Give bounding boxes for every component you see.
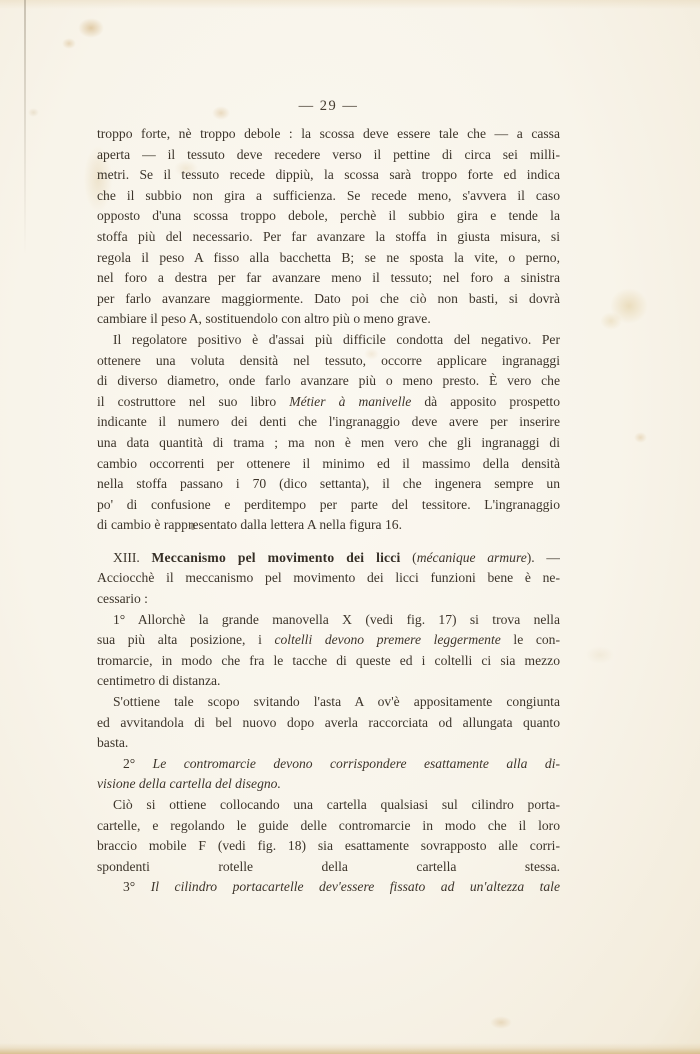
text-line: stoffa più del necessario. Per far avanz…	[97, 227, 560, 248]
text-segment: di diverso diametro, onde farlo avanzare…	[97, 373, 560, 388]
text-segment: 2°	[123, 756, 153, 771]
text-segment: 3°	[123, 879, 151, 894]
page-edge-crease	[24, 0, 26, 255]
text-line: ed avvitandola di bel nuovo dopo averla …	[97, 713, 560, 734]
paper-stain	[586, 646, 614, 664]
text-segment: il costruttore nel suo libro	[97, 394, 289, 409]
text-line: spondenti rotelle della cartella stessa.	[97, 857, 560, 878]
text-line: il costruttore nel suo libro Métier à ma…	[97, 392, 560, 413]
text-segment: nel foro a destra per far avanzare meno …	[97, 270, 560, 285]
text-line: S'ottiene tale scopo svitando l'asta A o…	[97, 692, 560, 713]
paper-stain	[610, 288, 648, 324]
text-segment: ed avvitandola di bel nuovo dopo averla …	[97, 715, 560, 730]
text-line: po' di confusione e perditempo per parte…	[97, 495, 560, 516]
text-line: metri. Se il tessuto recede dippiù, la s…	[97, 165, 560, 186]
text-segment: Il regolatore positivo è d'assai più dif…	[113, 332, 560, 347]
text-segment: opposto d'una scossa troppo debole, perc…	[97, 208, 560, 223]
paper-stain	[634, 432, 647, 443]
text-line: cambio occorrenti per ottenere il minimo…	[97, 454, 560, 475]
page-bottom-edge	[0, 1043, 700, 1054]
text-segment: 1° Allorchè la grande manovella X (vedi …	[113, 612, 560, 627]
text-segment: Acciocchè il meccanismo pel movimento de…	[97, 570, 560, 585]
italic-text: coltelli devono premere leggermente	[274, 632, 500, 647]
text-segment: dà apposito prospetto	[411, 394, 560, 409]
text-segment: XIII.	[113, 550, 151, 565]
page-text: troppo forte, nè troppo debole : la scos…	[97, 124, 560, 898]
text-line: cartelle, e regolando le guide delle con…	[97, 816, 560, 837]
text-line: cambiare il peso A, sostituendolo con al…	[97, 309, 560, 330]
text-segment: basta.	[97, 735, 128, 750]
text-segment: Ciò si ottiene collocando una cartella q…	[113, 797, 560, 812]
text-segment: regola il peso A fisso alla bacchetta B;…	[97, 250, 560, 265]
text-line: basta.	[97, 733, 560, 754]
text-segment: cambio occorrenti per ottenere il minimo…	[97, 456, 560, 471]
text-line: ottenere una voluta densità nel tessuto,…	[97, 351, 560, 372]
text-segment: troppo forte, nè troppo debole : la scos…	[97, 126, 560, 141]
para-item-2: 2° Le contromarcie devono corrispondere …	[97, 754, 560, 795]
text-segment: ). —	[527, 550, 560, 565]
text-segment: indicante il numero dei denti che l'ingr…	[97, 414, 560, 429]
text-line: 3° Il cilindro portacartelle dev'essere …	[97, 877, 560, 898]
text-segment: aperta — il tessuto deve recedere verso …	[97, 147, 560, 162]
bold-text: Meccanismo pel movimento dei licci	[151, 550, 400, 565]
text-segment: (	[401, 550, 417, 565]
text-line: troppo forte, nè troppo debole : la scos…	[97, 124, 560, 145]
text-segment: cessario :	[97, 591, 148, 606]
text-line: sua più alta posizione, i coltelli devon…	[97, 630, 560, 651]
text-line: visione della cartella del disegno.	[97, 774, 560, 795]
text-segment: spondenti rotelle della cartella stessa.	[97, 859, 560, 874]
text-line: di diverso diametro, onde farlo avanzare…	[97, 371, 560, 392]
text-segment: stoffa più del necessario. Per far avanz…	[97, 229, 560, 244]
text-segment: po' di confusione e perditempo per parte…	[97, 497, 560, 512]
text-line: braccio mobile F (vedi fig. 18) sia esat…	[97, 836, 560, 857]
text-line: Il regolatore positivo è d'assai più dif…	[97, 330, 560, 351]
text-segment: che il subbio non gira a sufficienza. Se…	[97, 188, 560, 203]
para-positive-regulator: Il regolatore positivo è d'assai più dif…	[97, 330, 560, 536]
text-segment: le con-	[501, 632, 560, 647]
book-page: — 29 — troppo forte, nè troppo debole : …	[0, 0, 700, 1054]
para-item-1: 1° Allorchè la grande manovella X (vedi …	[97, 610, 560, 692]
text-line: 1° Allorchè la grande manovella X (vedi …	[97, 610, 560, 631]
text-line: indicante il numero dei denti che l'ingr…	[97, 412, 560, 433]
para-item-3: 3° Il cilindro portacartelle dev'essere …	[97, 877, 560, 898]
paper-stain	[28, 108, 39, 117]
page-number: — 29 —	[97, 98, 560, 115]
paper-stain	[62, 38, 76, 49]
text-segment: sua più alta posizione, i	[97, 632, 274, 647]
italic-text: mécanique armure	[417, 550, 527, 565]
text-segment: una data quantità di trama ; ma non è me…	[97, 435, 560, 450]
paper-stain	[600, 312, 622, 330]
italic-text: Métier à manivelle	[289, 394, 411, 409]
text-line: nella stoffa passano i 70 (dico settanta…	[97, 474, 560, 495]
text-line: cessario :	[97, 589, 560, 610]
paper-stain	[78, 18, 104, 38]
page-text-block: — 29 — troppo forte, nè troppo debole : …	[97, 98, 560, 898]
para-sottiene: S'ottiene tale scopo svitando l'asta A o…	[97, 692, 560, 754]
text-segment: metri. Se il tessuto recede dippiù, la s…	[97, 167, 560, 182]
text-line: Ciò si ottiene collocando una cartella q…	[97, 795, 560, 816]
para-continuation-regulator: troppo forte, nè troppo debole : la scos…	[97, 124, 560, 330]
text-segment: per farlo avanzare maggiormente. Dato po…	[97, 291, 560, 306]
text-line: per farlo avanzare maggiormente. Dato po…	[97, 289, 560, 310]
text-line: di cambio è rappresentato dalla lettera …	[97, 515, 560, 536]
text-line: Acciocchè il meccanismo pel movimento de…	[97, 568, 560, 589]
text-segment: S'ottiene tale scopo svitando l'asta A o…	[113, 694, 560, 709]
text-segment: cartelle, e regolando le guide delle con…	[97, 818, 560, 833]
italic-text: Il cilindro portacartelle dev'essere fis…	[151, 879, 560, 894]
paper-stain	[490, 1016, 512, 1029]
para-section-xiii-heading: XIII. Meccanismo pel movimento dei licci…	[97, 548, 560, 610]
page-top-edge	[0, 0, 700, 9]
text-line: che il subbio non gira a sufficienza. Se…	[97, 186, 560, 207]
text-line: aperta — il tessuto deve recedere verso …	[97, 145, 560, 166]
text-line: regola il peso A fisso alla bacchetta B;…	[97, 248, 560, 269]
text-line: nel foro a destra per far avanzare meno …	[97, 268, 560, 289]
text-line: centimetro di distanza.	[97, 671, 560, 692]
text-segment: centimetro di distanza.	[97, 673, 220, 688]
text-segment: braccio mobile F (vedi fig. 18) sia esat…	[97, 838, 560, 853]
italic-text: visione della cartella del disegno.	[97, 776, 281, 791]
text-line: opposto d'una scossa troppo debole, perc…	[97, 206, 560, 227]
text-segment: tromarcie, in modo che fra le tacche di …	[97, 653, 560, 668]
text-segment: di cambio è rappresentato dalla lettera …	[97, 517, 402, 532]
text-segment: cambiare il peso A, sostituendolo con al…	[97, 311, 431, 326]
text-segment: ottenere una voluta densità nel tessuto,…	[97, 353, 560, 368]
text-line: una data quantità di trama ; ma non è me…	[97, 433, 560, 454]
italic-text: Le contromarcie devono corrispondere esa…	[153, 756, 560, 771]
text-line: tromarcie, in modo che fra le tacche di …	[97, 651, 560, 672]
text-segment: nella stoffa passano i 70 (dico settanta…	[97, 476, 560, 491]
text-line: 2° Le contromarcie devono corrispondere …	[97, 754, 560, 775]
text-line: XIII. Meccanismo pel movimento dei licci…	[97, 548, 560, 569]
